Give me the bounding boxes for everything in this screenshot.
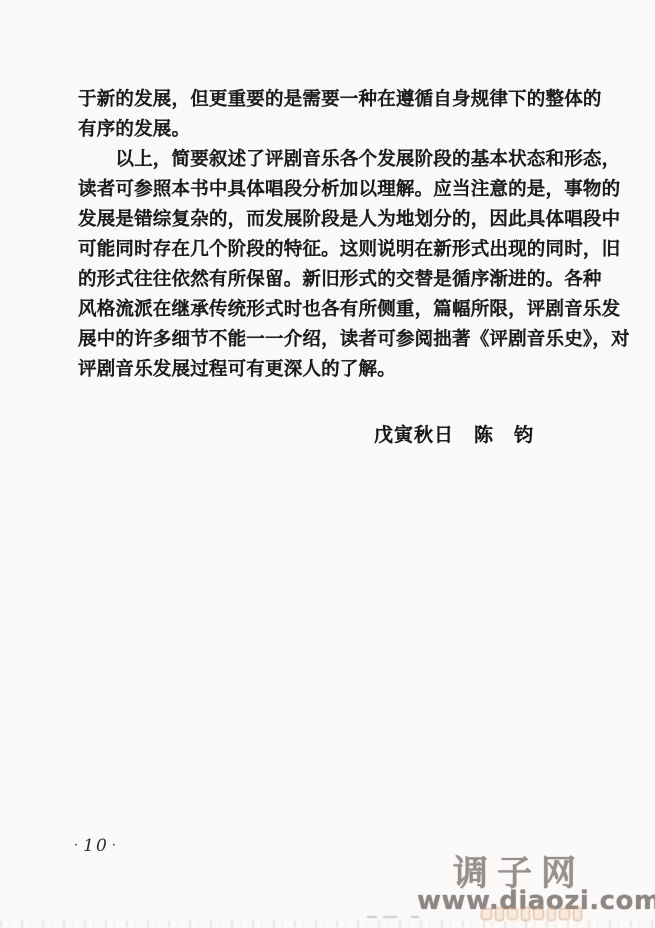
scan-edge-noise [0,921,655,928]
text-line: 风格流派在继承传统形式时也各有所侧重，篇幅所限，评剧音乐发 [78,295,590,325]
scan-artifact-orange-text [481,906,621,922]
text-line: 可能同时存在几个阶段的特征。这则说明在新形式出现的同时，旧 [78,235,590,265]
author-signature-line: 戊寅秋日 陈 钧 [78,420,534,447]
page-body-text: 于新的发展，但更重要的是需要一种在遵循自身规律下的整体的有序的发展。 以上，简要… [78,85,590,385]
text-line: 的形式往往依然有所保留。新旧形式的交替是循序渐进的。各种 [78,265,590,295]
text-line: 于新的发展，但更重要的是需要一种在遵循自身规律下的整体的 [78,85,590,115]
page-number-dot-right: · [112,838,118,853]
text-line: 发展是错综复杂的，而发展阶段是人为地划分的，因此具体唱段中 [78,205,590,235]
text-line: 以上，简要叙述了评剧音乐各个发展阶段的基本状态和形态， [78,145,590,175]
text-line: 评剧音乐发展过程可有更深人的了解。 [78,355,590,385]
scanned-book-page: 于新的发展，但更重要的是需要一种在遵循自身规律下的整体的有序的发展。 以上，简要… [0,0,655,928]
text-line: 有序的发展。 [78,115,590,145]
text-line: 展中的许多细节不能一一介绍，读者可参阅拙著《评剧音乐史》，对 [78,325,590,355]
page-number-value: 10 [80,836,112,856]
text-line: 读者可参照本书中具体唱段分析加以理解。应当注意的是，事物的 [78,175,590,205]
page-number: ·10· [74,836,118,856]
site-watermark: 调子网 www.diaozi.com [395,828,655,928]
